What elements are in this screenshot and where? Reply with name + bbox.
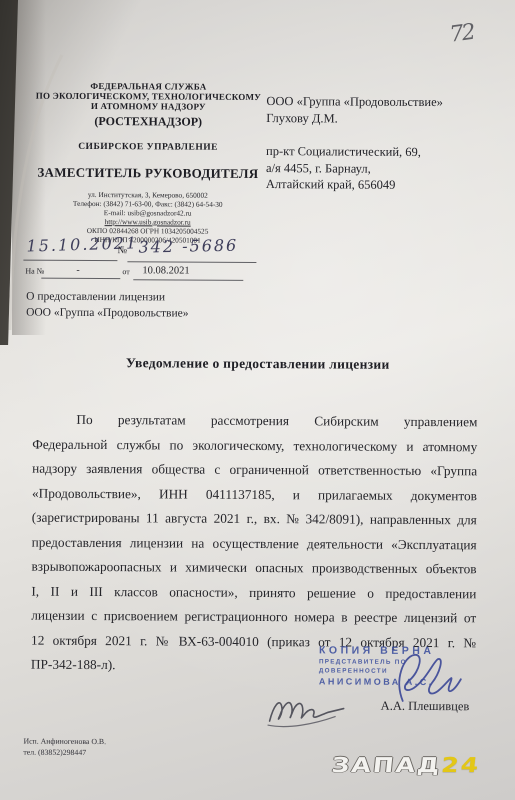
number-sign: № [117, 245, 127, 256]
recipient-address-line3: Алтайский край, 656049 [266, 176, 476, 194]
reply-number-underline [41, 278, 120, 279]
executor-name: Исп. Анфиногенова О.В. [23, 737, 106, 748]
reply-to-number: - [76, 265, 79, 276]
letterhead-agency-line3: И АТОМНОМУ НАДЗОРУ [31, 101, 265, 112]
zapad24-watermark: ЗАПАД24 [331, 753, 482, 777]
recipient-person: Глухову Д.М. [266, 110, 476, 128]
letterhead: ФЕДЕРАЛЬНАЯ СЛУЖБА ПО ЭКОЛОГИЧЕСКОМУ, ТЕ… [31, 81, 266, 246]
reply-date-underline [133, 279, 243, 281]
reply-to-date: 10.08.2021 [142, 265, 189, 276]
handwritten-outgoing-number: 342 -5686 [138, 236, 238, 257]
letterhead-division: СИБИРСКОЕ УПРАВЛЕНИЕ [31, 142, 265, 153]
subject-line2: ООО «Группа «Продовольствие» [26, 305, 189, 322]
scanned-letter-photo: 72 ФЕДЕРАЛЬНАЯ СЛУЖБА ПО ЭКОЛОГИЧЕСКОМУ,… [0, 0, 515, 800]
signatory-name: А.А. Плешивцев [381, 699, 470, 715]
watermark-text: ЗАПАД [331, 753, 443, 777]
letter-body: По результатам рассмотрения Сибирским уп… [31, 408, 478, 680]
recipient-block: ООО «Группа «Продовольствие» Глухову Д.М… [266, 93, 477, 194]
executor-phone: тел. (83852)298447 [23, 747, 106, 758]
letterhead-position: ЗАМЕСТИТЕЛЬ РУКОВОДИТЕЛЯ [31, 165, 265, 182]
outgoing-number-underline [127, 261, 256, 263]
letterhead-agency-line2: ПО ЭКОЛОГИЧЕСКОМУ, ТЕХНОЛОГИЧЕСКОМУ [31, 91, 265, 102]
outgoing-date-underline [23, 260, 117, 262]
recipient-address: пр-кт Социалистический, 69, а/я 4455, г.… [266, 143, 476, 194]
subject-block: О предоставлении лицензии ООО «Группа «П… [26, 290, 189, 323]
watermark-accent: 24 [440, 753, 481, 777]
subject-line1: О предоставлении лицензии [26, 290, 189, 307]
recipient-address-line2: а/я 4455, г. Барнаул, [266, 160, 476, 178]
recipient-address-line1: пр-кт Социалистический, 69, [266, 143, 476, 161]
letterhead-agency-short-name: (РОСТЕХНАДЗОР) [31, 114, 265, 130]
handwritten-signature-dark [266, 694, 350, 731]
executor-footer: Исп. Анфиногенова О.В. тел. (83852)29844… [23, 737, 106, 759]
reply-from-label: от [122, 267, 129, 276]
handwritten-page-number: 72 [448, 20, 475, 48]
reply-to-label: На № [25, 267, 44, 276]
letter-content: 72 ФЕДЕРАЛЬНАЯ СЛУЖБА ПО ЭКОЛОГИЧЕСКОМУ,… [0, 0, 515, 800]
recipient-org: ООО «Группа «Продовольствие» [266, 93, 476, 111]
letter-title: Уведомление о предоставлении лицензии [18, 355, 498, 374]
